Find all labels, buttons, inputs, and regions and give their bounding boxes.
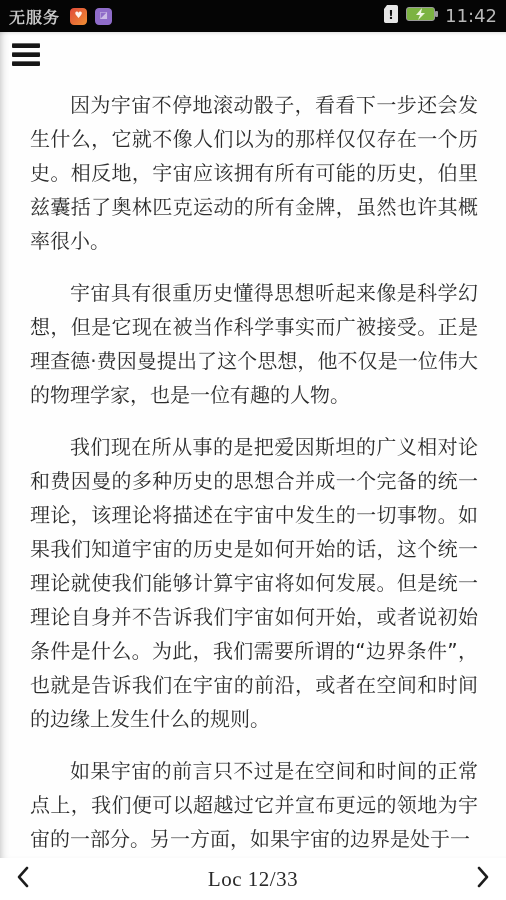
clock-label: 11:42 [445,6,497,27]
paragraph: 因为宇宙不停地滚动骰子，看看下一步还会发生什么，它就不像人们以为的那样仅仅存在一… [30,88,478,258]
book-text: 因为宇宙不停地滚动骰子，看看下一步还会发生什么，它就不像人们以为的那样仅仅存在一… [0,88,506,856]
status-bar: 无服务 ♥ ◪ ! 11:42 [0,0,506,32]
svg-text:!: ! [388,8,393,22]
purple-app-notification-icon: ◪ [95,8,112,25]
paragraph: 如果宇宙的前言只不过是在空间和时间的正常点上，我们便可以超越过它并宣布更远的领地… [30,754,478,856]
orange-app-notification-icon: ♥ [70,8,87,25]
location-indicator: Loc 12/33 [208,867,298,892]
battery-charging-icon [406,6,438,26]
reader-page: 因为宇宙不停地滚动骰子，看看下一步还会发生什么，它就不像人们以为的那样仅仅存在一… [0,32,506,858]
paragraph: 我们现在所从事的是把爱因斯坦的广义相对论和费因曼的多种历史的思想合并成一个完备的… [30,430,478,736]
hamburger-menu-icon[interactable] [12,43,40,66]
previous-page-icon[interactable] [16,866,30,892]
pager-bar: Loc 12/33 [0,858,506,900]
paragraph: 宇宙具有很重历史懂得思想听起来像是科学幻想，但是它现在被当作科学事实而广被接受。… [30,276,478,412]
carrier-label: 无服务 [9,5,60,28]
no-sim-icon: ! [383,4,399,28]
next-page-icon[interactable] [476,866,490,892]
